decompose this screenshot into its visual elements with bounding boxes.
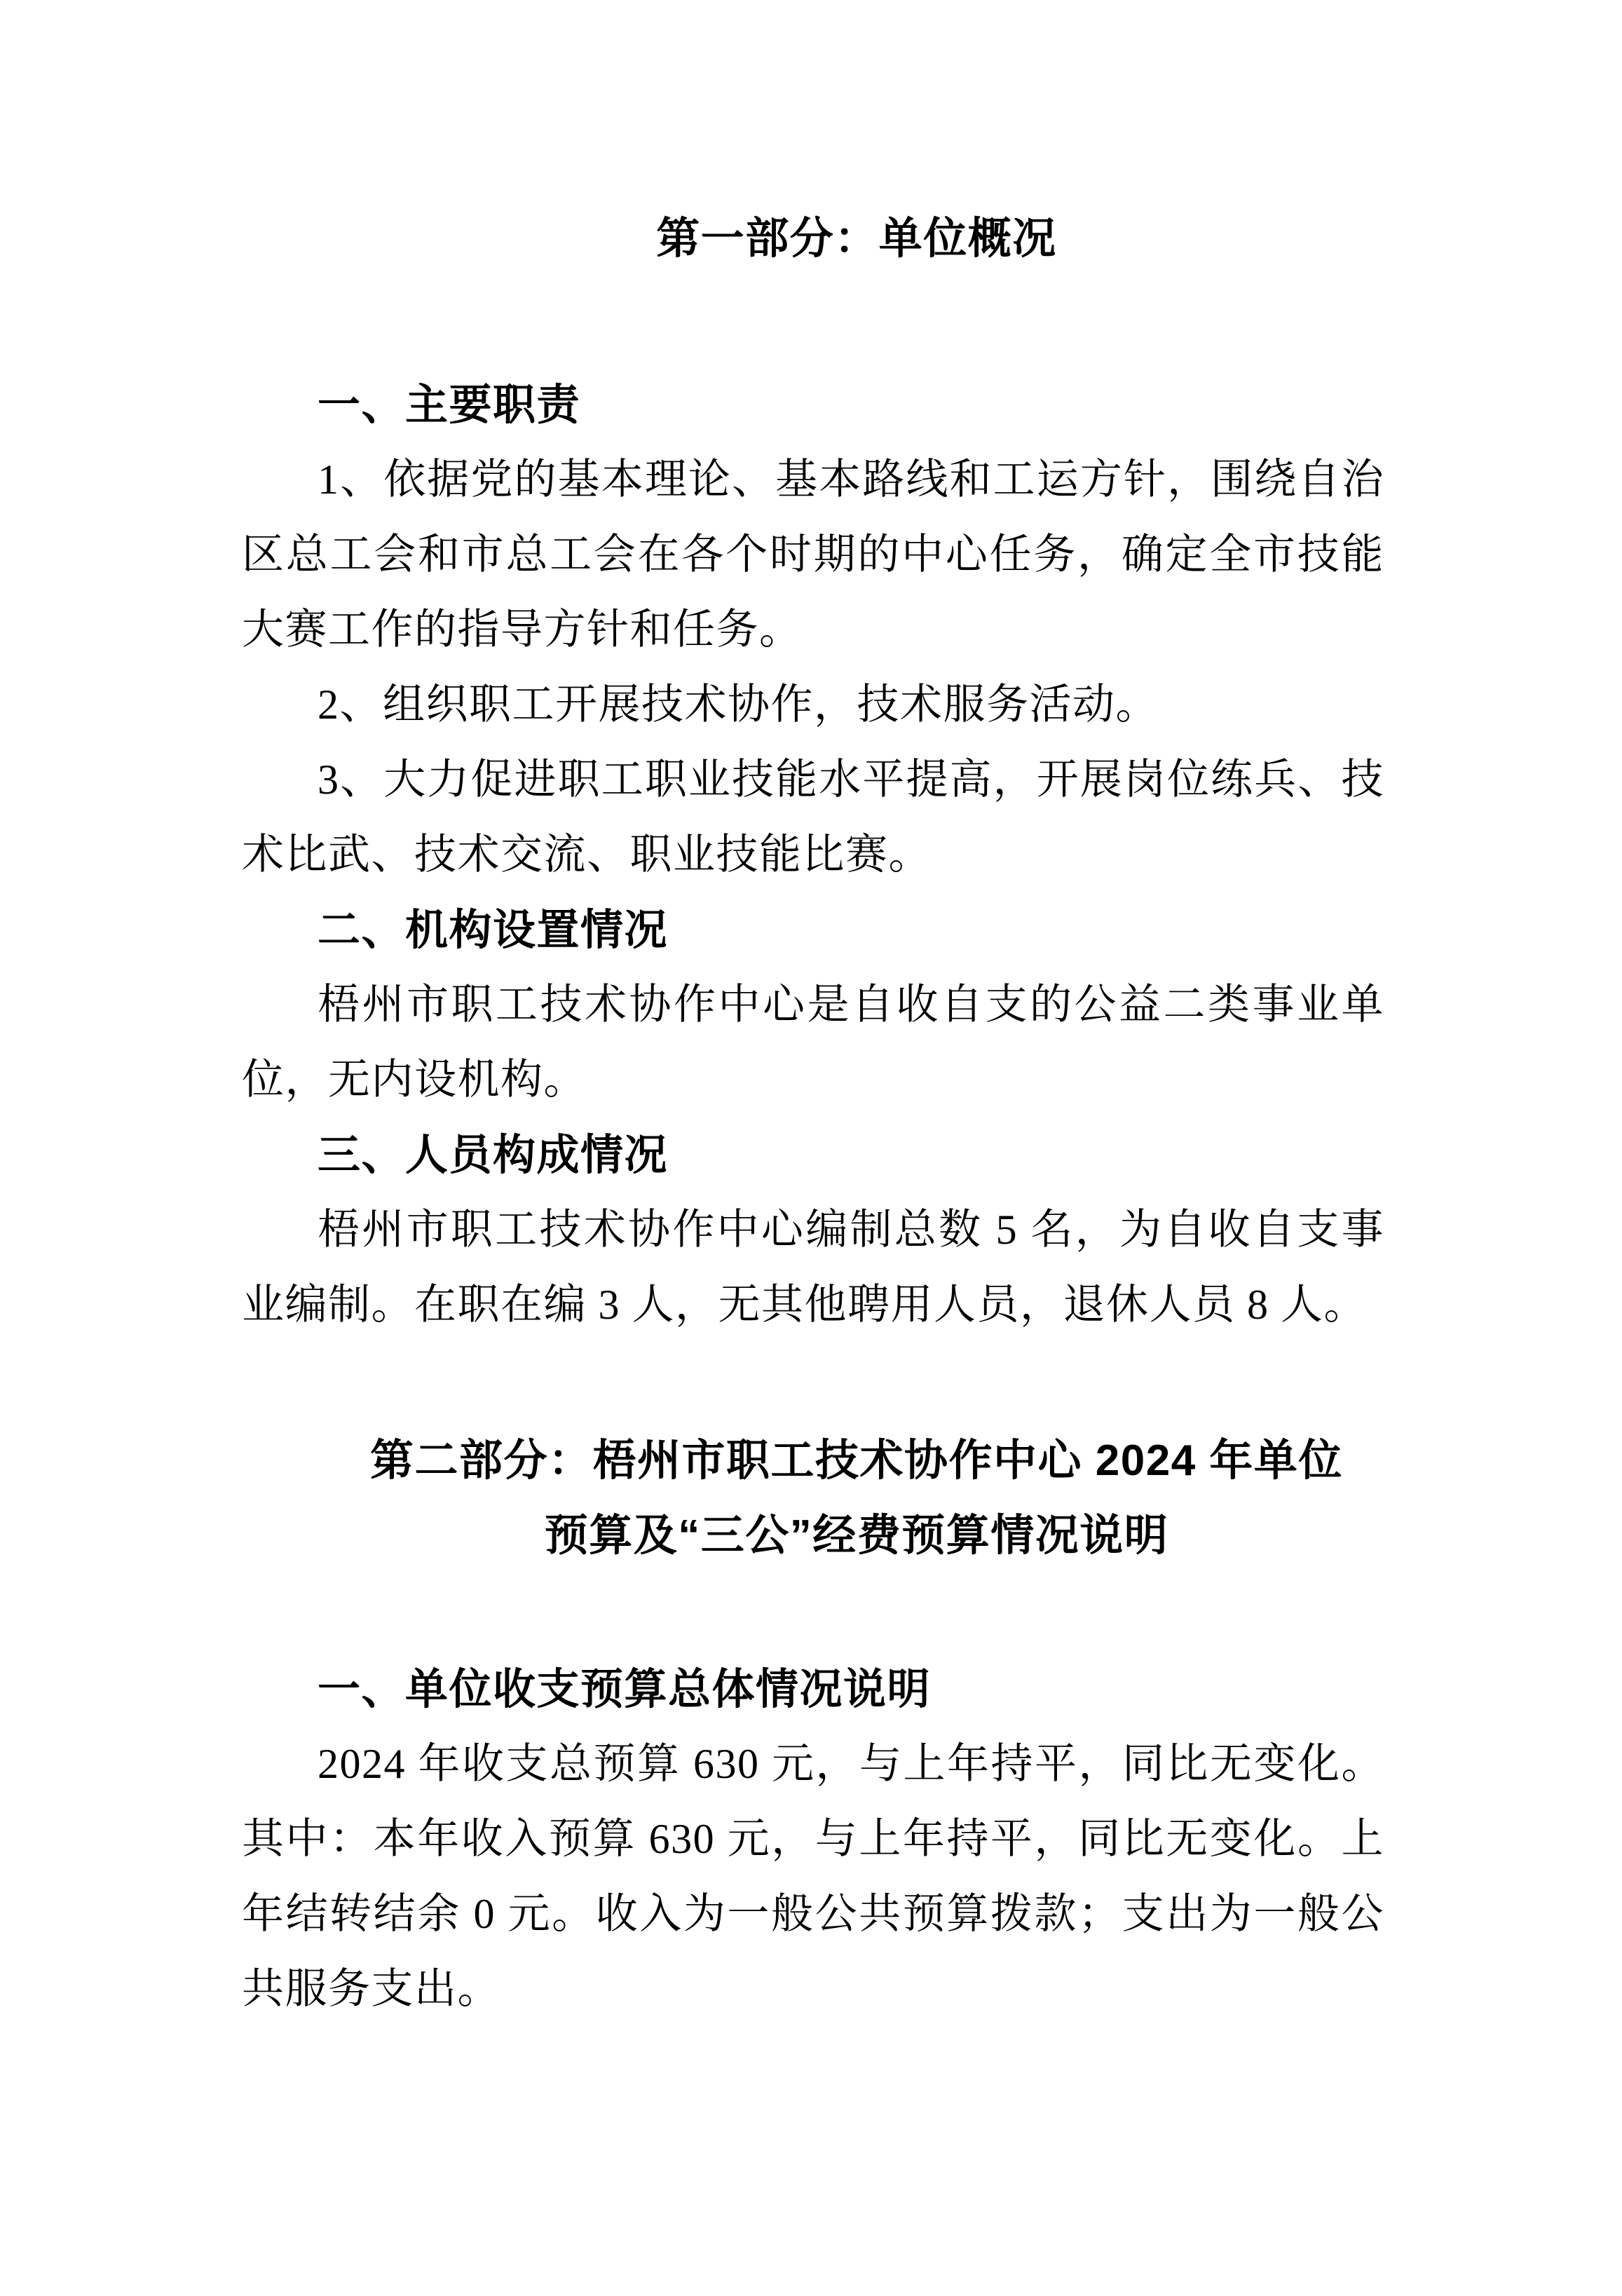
part1-duties-paragraph-1: 1、依据党的基本理论、基本路线和工运方针，围绕自治区总工会和市总工会在各个时期的… (242, 442, 1384, 667)
document-body: 第一部分：单位概况 一、主要职责 1、依据党的基本理论、基本路线和工运方针，围绕… (242, 201, 1384, 2027)
document-page: 第一部分：单位概况 一、主要职责 1、依据党的基本理论、基本路线和工运方针，围绕… (0, 0, 1622, 2296)
part1-heading-personnel-composition: 三、人员构成情况 (242, 1118, 1384, 1193)
part2-title-line-2: 预算及“三公”经费预算情况说明 (329, 1498, 1384, 1573)
part2-title: 第二部分：梧州市职工技术协作中心 2024 年单位 预算及“三公”经费预算情况说… (242, 1423, 1384, 1573)
part1-duties-paragraph-2: 2、组织职工开展技术协作，技术服务活动。 (242, 667, 1384, 742)
part1-organization-paragraph: 梧州市职工技术协作中心是自收自支的公益二类事业单位，无内设机构。 (242, 967, 1384, 1118)
part2-heading-budget-overview: 一、单位收支预算总体情况说明 (242, 1652, 1384, 1727)
part1-duties-paragraph-3: 3、大力促进职工职业技能水平提高，开展岗位练兵、技术比武、技术交流、职业技能比赛… (242, 742, 1384, 892)
part1-personnel-paragraph: 梧州市职工技术协作中心编制总数 5 名，为自收自支事业编制。在职在编 3 人，无… (242, 1193, 1384, 1343)
part1-title: 第一部分：单位概况 (242, 201, 1384, 276)
part1-heading-main-duties: 一、主要职责 (242, 367, 1384, 442)
part2-title-line-1: 第二部分：梧州市职工技术协作中心 2024 年单位 (329, 1423, 1384, 1498)
part2-budget-paragraph: 2024 年收支总预算 630 元，与上年持平，同比无变化。其中：本年收入预算 … (242, 1727, 1384, 2027)
part1-heading-organization-setup: 二、机构设置情况 (242, 892, 1384, 967)
